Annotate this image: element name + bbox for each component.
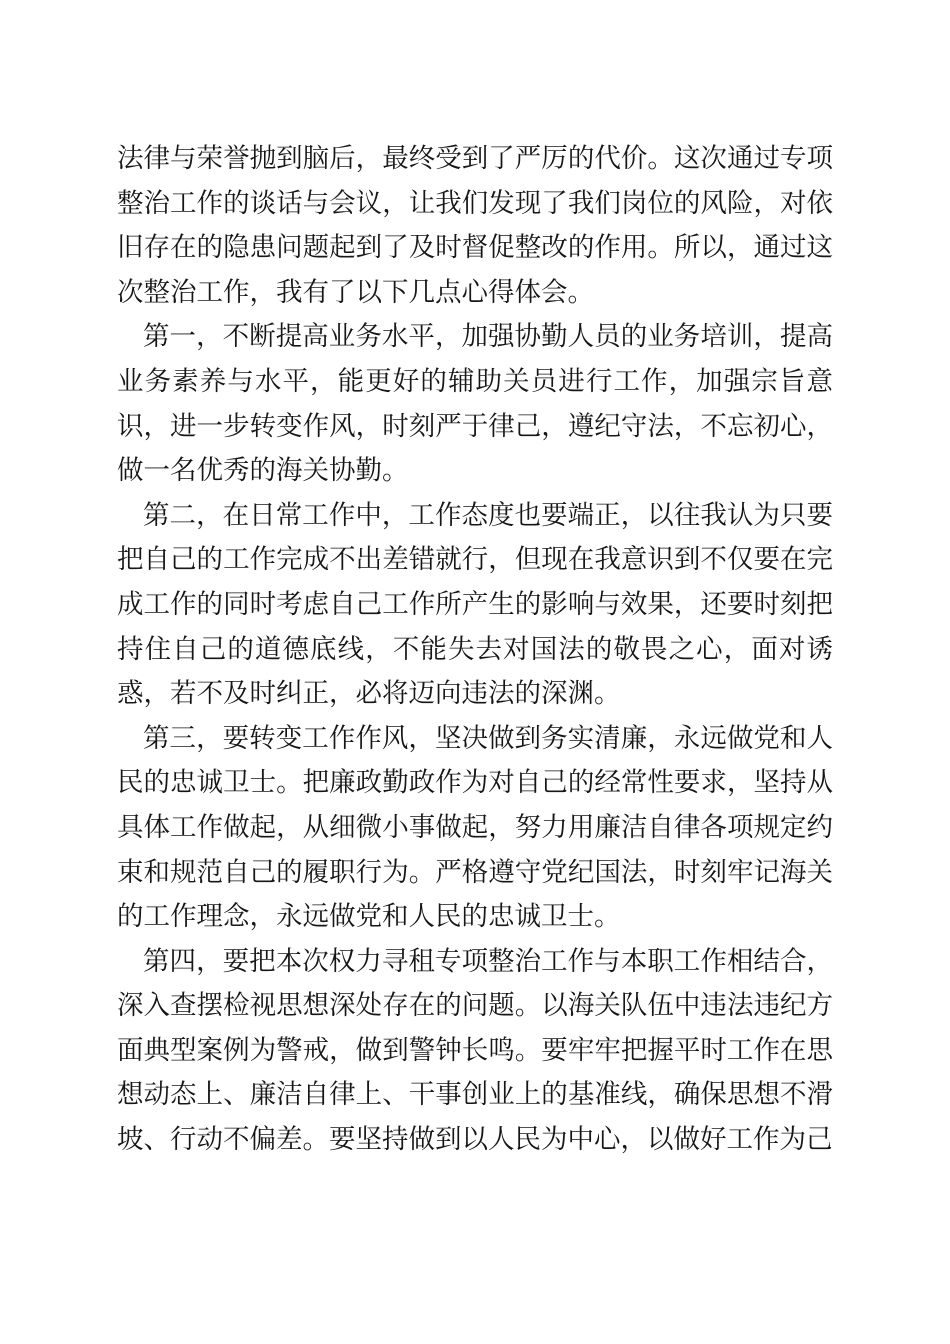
paragraph-point-3: 第三，要转变工作作风，坚决做到务实清廉，永远做党和人民的忠诚卫士。把廉政勤政作为…	[117, 716, 833, 939]
document-body-text: 法律与荣誉抛到脑后，最终受到了严厉的代价。这次通过专项整治工作的谈话与会议，让我…	[117, 136, 833, 1162]
document-page: 法律与荣誉抛到脑后，最终受到了严厉的代价。这次通过专项整治工作的谈话与会议，让我…	[0, 0, 950, 1344]
paragraph-continuation: 法律与荣誉抛到脑后，最终受到了严厉的代价。这次通过专项整治工作的谈话与会议，让我…	[117, 136, 833, 314]
paragraph-point-1: 第一，不断提高业务水平，加强协勤人员的业务培训，提高业务素养与水平，能更好的辅助…	[117, 314, 833, 492]
paragraph-point-4: 第四，要把本次权力寻租专项整治工作与本职工作相结合，深入查摆检视思想深处存在的问…	[117, 939, 833, 1162]
paragraph-point-2: 第二，在日常工作中，工作态度也要端正，以往我认为只要把自己的工作完成不出差错就行…	[117, 493, 833, 716]
